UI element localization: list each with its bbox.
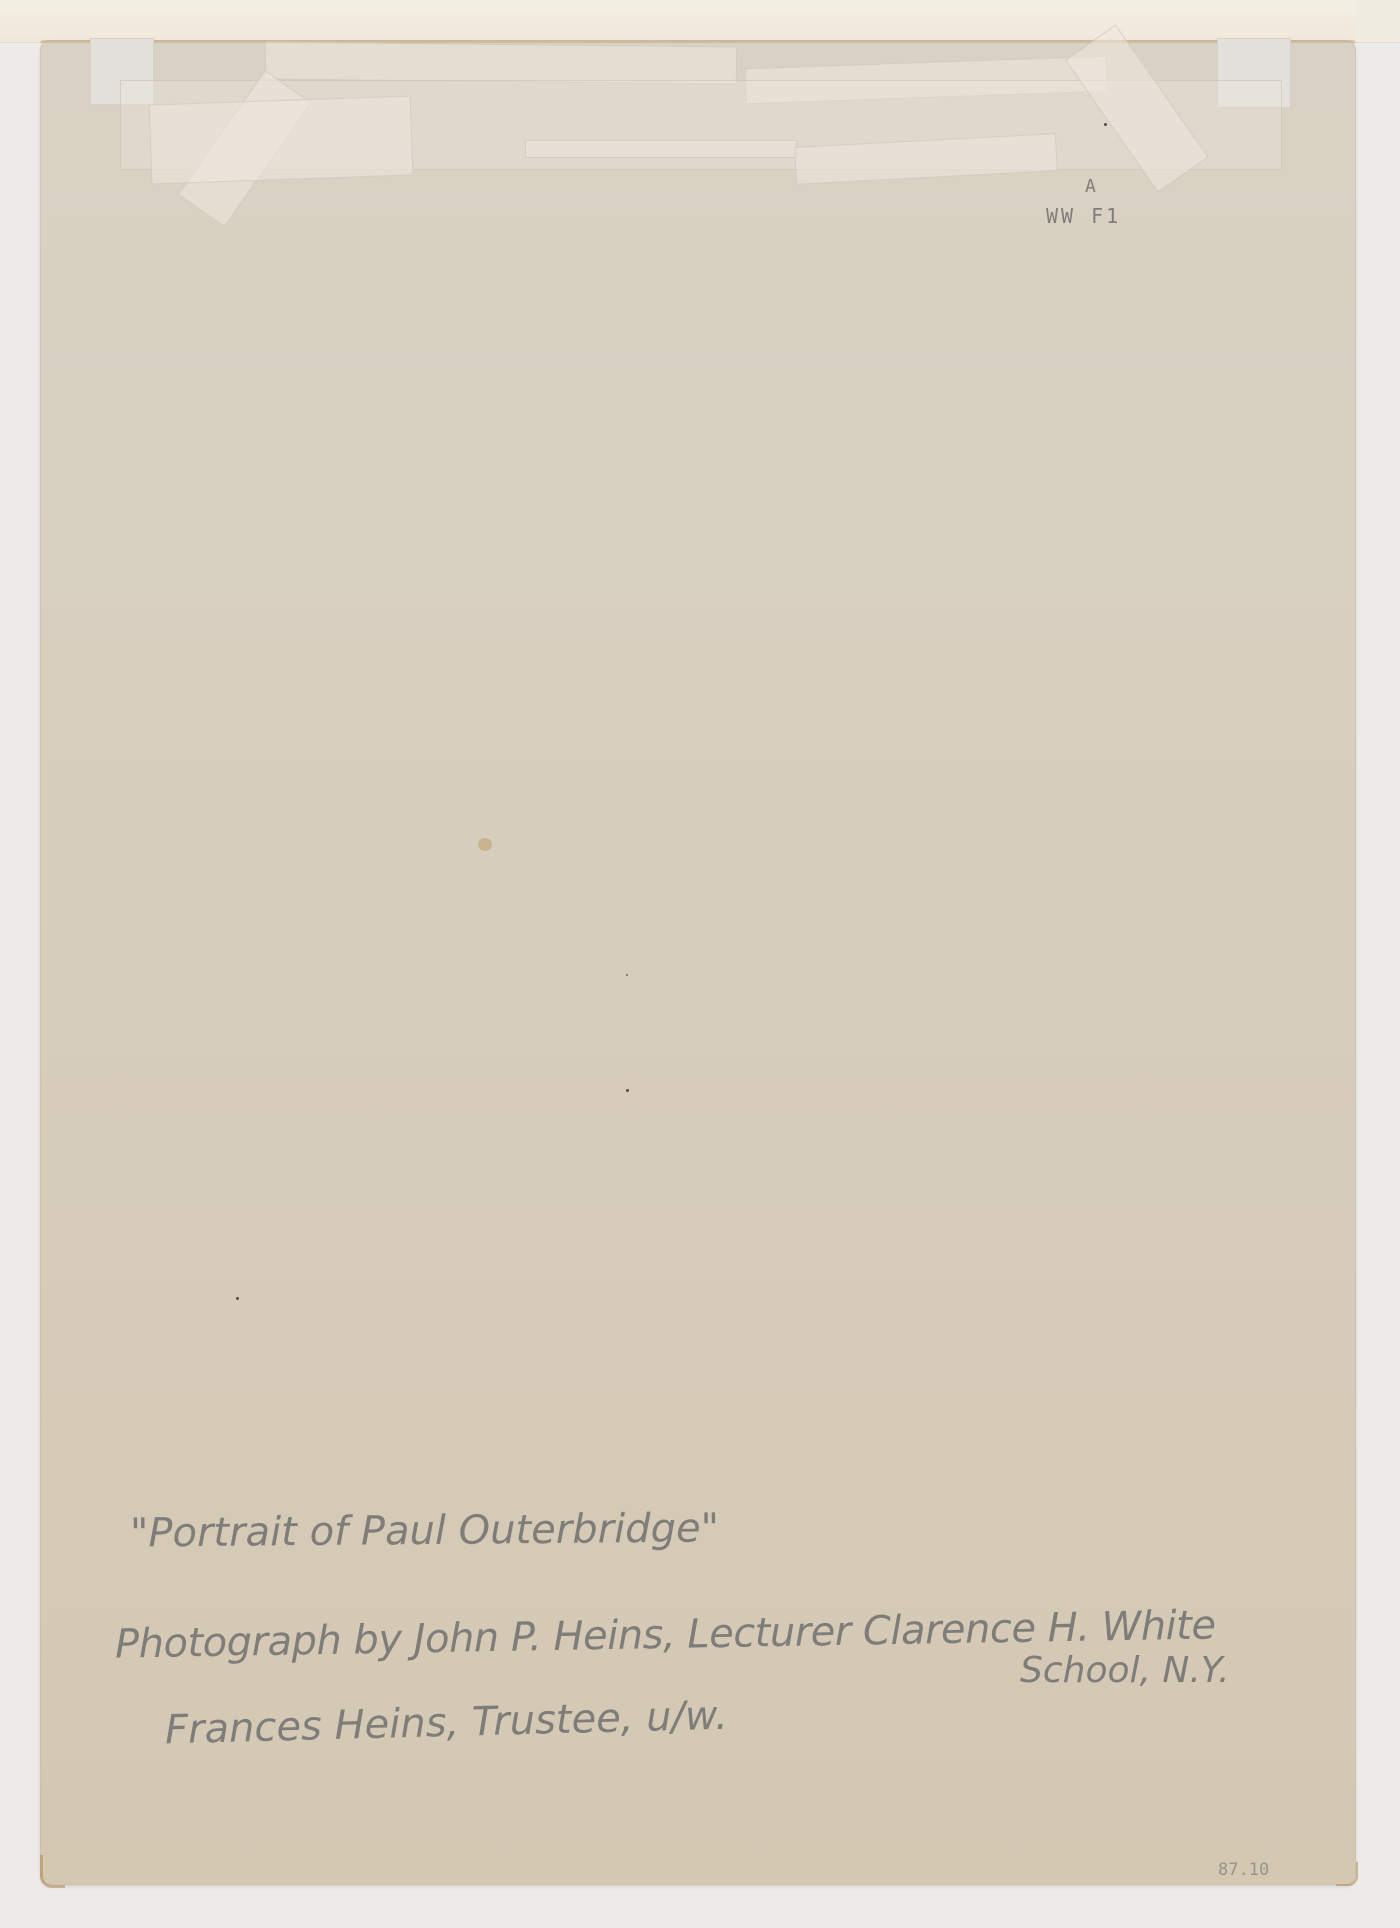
accession-number: 87.10 <box>1218 1860 1269 1880</box>
inscription-title: "Portrait of Paul Outerbridge" <box>130 1505 719 1556</box>
left-flap-tape <box>149 95 414 184</box>
mounting-mat-top <box>0 0 1400 43</box>
small-dot <box>626 1089 629 1092</box>
middle-horizontal-tape <box>525 140 797 158</box>
board-corner-wear-left <box>40 1855 65 1888</box>
small-dot <box>236 1297 239 1300</box>
small-dot <box>626 974 628 976</box>
foxing-spot <box>478 838 492 851</box>
small-dot <box>1104 123 1107 126</box>
board-corner-wear-right <box>1336 1862 1358 1886</box>
catalog-mark-code: WW F1 <box>1046 204 1121 228</box>
mounting-mat-corner <box>1355 0 1400 42</box>
inscription-credit-continuation: School, N.Y. <box>1020 1650 1230 1691</box>
top-transparent-tape <box>265 42 737 85</box>
catalog-mark-letter: A <box>1085 176 1096 197</box>
